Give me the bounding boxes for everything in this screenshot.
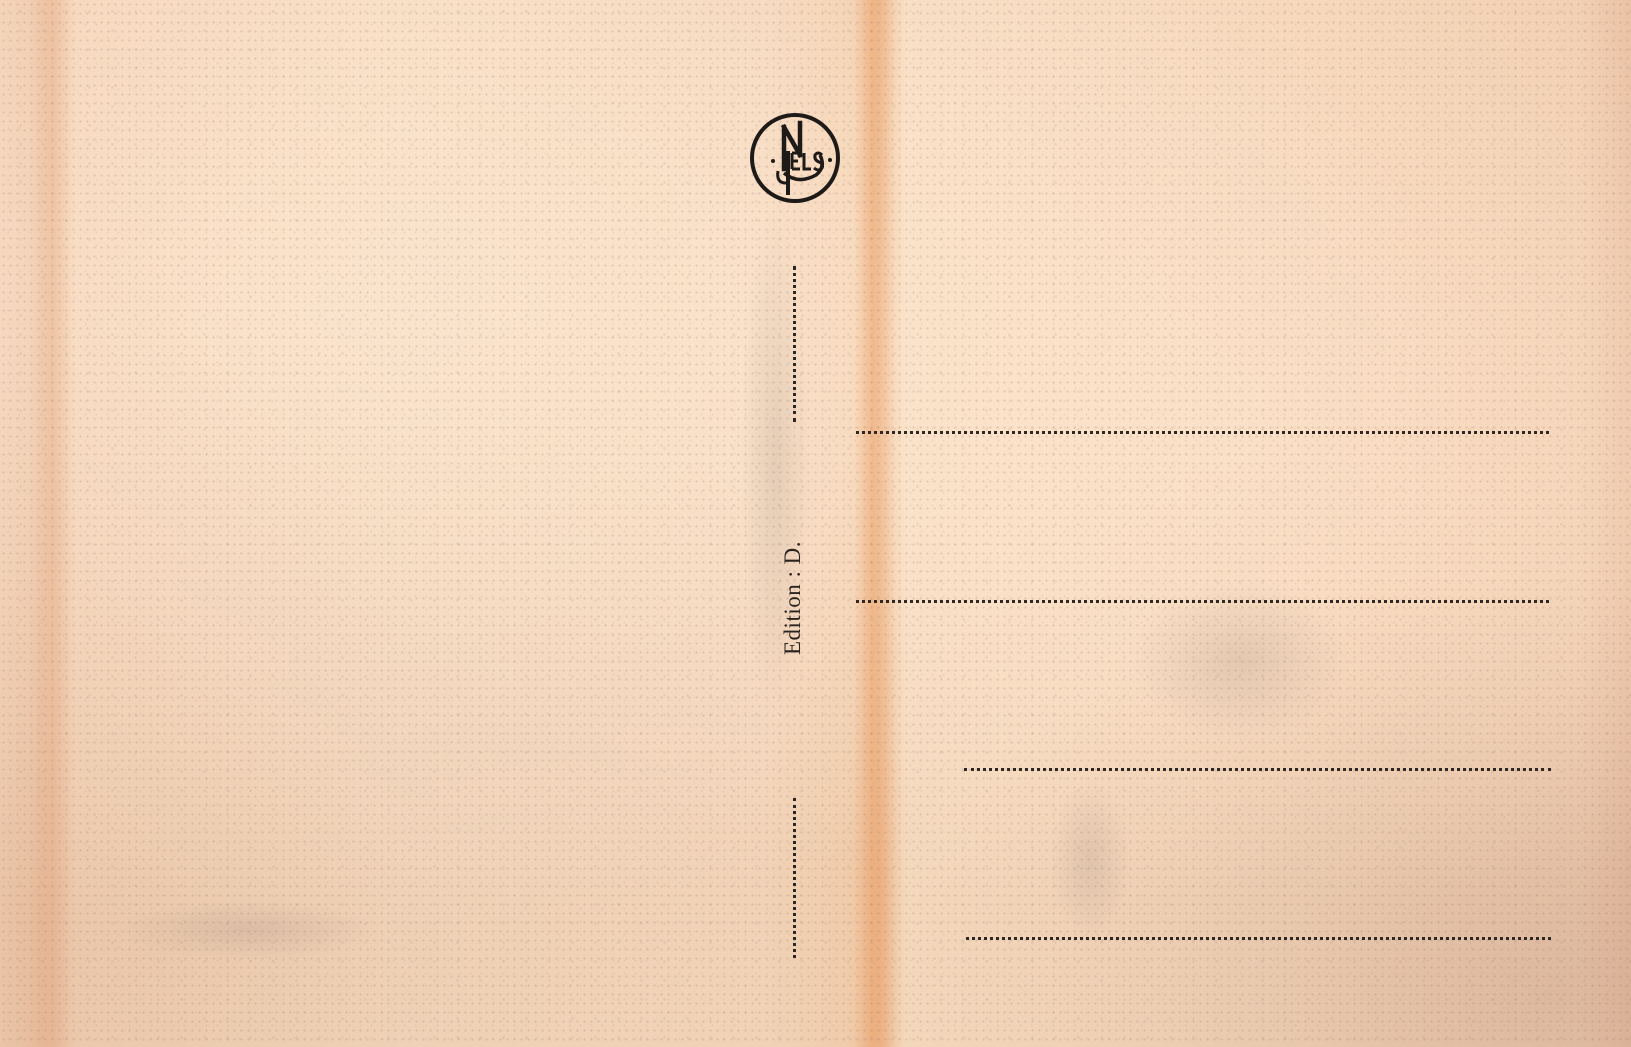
address-line-2: [856, 600, 1549, 603]
nels-monogram-icon: [748, 111, 842, 205]
fold-stain: [855, 0, 895, 1047]
divider-dotted-line-bottom: [793, 798, 796, 958]
postcard-back: Edition : D.: [0, 0, 1631, 1047]
publisher-logo: [748, 111, 842, 205]
address-line-4: [966, 937, 1551, 940]
edition-label: Edition : D.: [780, 541, 806, 655]
left-edge-stain: [30, 0, 75, 1047]
grey-smudge: [120, 900, 380, 960]
address-line-1: [856, 431, 1549, 434]
divider-dotted-line-top: [793, 266, 796, 422]
address-line-3: [964, 768, 1551, 771]
grey-smudge: [1050, 780, 1130, 940]
grey-smudge: [1130, 580, 1350, 740]
